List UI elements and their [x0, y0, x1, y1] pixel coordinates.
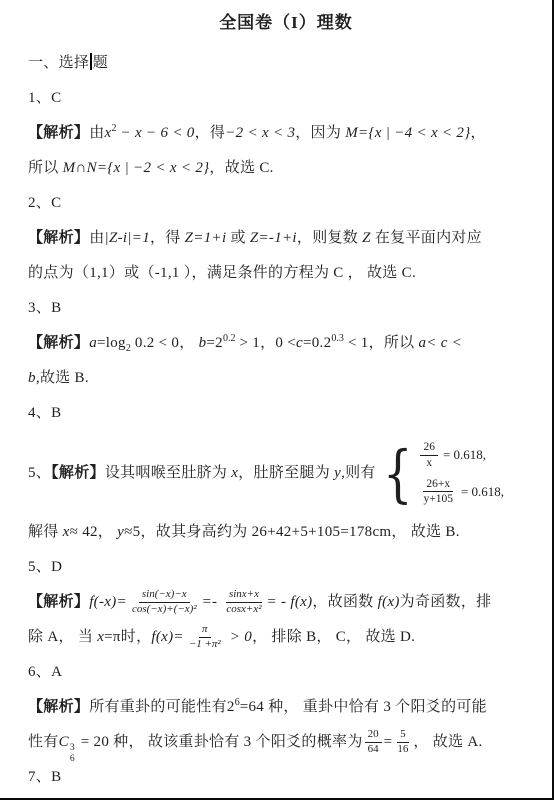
fraction: 26+xy+105 — [420, 477, 456, 507]
answer-q7: 7、B — [28, 760, 544, 795]
text-run: 除 A， 当 — [28, 629, 97, 645]
text-run: 由 — [89, 230, 104, 246]
text-run: 在复平面内对应 — [371, 230, 482, 246]
doc-title: 全国卷（I）理数 — [28, 8, 544, 46]
solution-q5a-line2: 解得 x≈ 42， y≈5，故其身高约为 26+42+5+105=178cm， … — [28, 515, 544, 550]
fraction: sin(−x)−xcos(−x)+(−x)² — [129, 588, 200, 617]
text-run: |Z-i|=1 — [105, 230, 150, 246]
equation-rhs: = 0.618, — [443, 448, 486, 462]
fraction-denominator: −1 +π² — [186, 638, 224, 652]
solution-q2-line2: 的点为（1,1）或（-1,1 ），满足条件的方程为 C ， 故选 C. — [28, 256, 544, 291]
text-run: 3、B — [28, 300, 61, 316]
text-run: =0.2 — [303, 335, 331, 351]
text-run: a — [89, 335, 97, 351]
text-run: 解得 — [28, 524, 63, 540]
text-run: 【解析】 — [51, 465, 105, 481]
text-run: 【解析】 — [28, 699, 89, 715]
solution-q3-line1: 【解析】a=log2 0.2 < 0， b=20.2 > 1，0 <c=0.20… — [28, 326, 544, 361]
text-run: 【解析】 — [28, 125, 89, 141]
text-run: =- — [202, 594, 222, 610]
text-run: 由 — [89, 125, 104, 141]
fraction-numerator: π — [199, 623, 211, 638]
fraction-numerator: 20 — [365, 728, 382, 743]
text-run: ，肚脐至腿为 — [238, 465, 334, 481]
fraction-numerator: sin(−x)−x — [139, 588, 190, 603]
text-run: =π时， — [104, 629, 151, 645]
combination-supsub: 36 — [70, 743, 75, 765]
text-run: M={x | −4 < x < 2} — [345, 125, 470, 141]
text-run: 2、C — [28, 195, 61, 211]
text-run: > 1，0 < — [235, 335, 296, 351]
text-run: 2 — [111, 123, 116, 134]
text-run: ≈ 42， — [70, 524, 118, 540]
solution-q6-line2: 性有C36 = 20 种， 故该重卦恰有 3 个阳爻的概率为2064=516， … — [28, 725, 544, 760]
text-run: 4、B — [28, 405, 61, 421]
text-run: 5、 — [28, 465, 51, 481]
text-run: < 1，所以 — [344, 335, 419, 351]
fraction-numerator: 5 — [397, 728, 409, 743]
fraction: 26x — [420, 440, 438, 470]
fraction-numerator: 26+x — [423, 477, 453, 492]
text-run: 1、C — [28, 90, 61, 106]
text-run: ， 故选 A. — [413, 734, 482, 750]
solution-q2-line1: 【解析】由|Z-i|=1，得 Z=1+i 或 Z=-1+i，则复数 Z 在复平面… — [28, 221, 544, 256]
exam-answer-document[interactable]: 全国卷（I）理数 一、选择题1、C【解析】由x2 − x − 6 < 0，得−2… — [0, 0, 554, 800]
text-run: ，故函数 — [312, 594, 377, 610]
text-run: ，因为 — [295, 125, 345, 141]
text-run: 【解析】 — [28, 594, 89, 610]
text-run: > 0 — [226, 629, 252, 645]
text-run: ,故选 B. — [36, 370, 89, 386]
fraction: π−1 +π² — [186, 623, 224, 652]
solution-q5a-line1: 5、【解析】设其咽喉至肚脐为 x，肚脐至腿为 y,则有{26x= 0.618,2… — [28, 431, 544, 515]
answer-q3: 3、B — [28, 291, 544, 326]
fraction-numerator: sinx+x — [226, 588, 262, 603]
text-run: ， — [471, 125, 486, 141]
system-row: 26x= 0.618, — [418, 440, 504, 470]
section-heading: 一、选择题 — [28, 46, 544, 81]
fraction-denominator: 16 — [394, 743, 411, 757]
text-run: 0.3 — [331, 333, 344, 344]
left-brace: { — [383, 446, 413, 502]
solution-q3-line2: b,故选 B. — [28, 361, 544, 396]
text-run: = 20 种， 故该重卦恰有 3 个阳爻的概率为 — [77, 734, 363, 750]
text-run: − x − 6 < 0 — [116, 125, 194, 141]
text-run: ，故选 C. — [209, 160, 273, 176]
text-run: x — [63, 524, 70, 540]
text-run: c — [296, 335, 303, 351]
answer-q6: 6、A — [28, 655, 544, 690]
text-run: a< c < — [419, 335, 463, 351]
fraction-denominator: cos(−x)+(−x)² — [129, 603, 200, 617]
document-body: 一、选择题1、C【解析】由x2 − x − 6 < 0，得−2 < x < 3，… — [28, 46, 544, 795]
fraction-denominator: x — [423, 456, 435, 470]
text-run: 【解析】 — [28, 335, 89, 351]
subscript: 6 — [70, 754, 75, 765]
fraction: 2064 — [365, 728, 382, 757]
text-run: 或 — [226, 230, 249, 246]
system-row: 26+xy+105= 0.618, — [418, 477, 504, 507]
superscript: 3 — [70, 743, 75, 754]
text-run: 题 — [93, 55, 108, 71]
text-run: 0.2 — [223, 333, 236, 344]
text-run: ≈5，故其身高约为 26+42+5+105=178cm， 故选 B. — [124, 524, 460, 540]
text-run: 性有 — [28, 734, 59, 750]
text-run: = — [384, 734, 393, 750]
text-run: =64 种， 重卦中恰有 3 个阳爻的可能 — [240, 699, 487, 715]
text-run: 所有重卦的可能性有2 — [89, 699, 235, 715]
text-run: f(-x)= — [89, 594, 127, 610]
text-run: ，则复数 — [297, 230, 362, 246]
text-run: ， 排除 B， C， 故选 D. — [252, 629, 415, 645]
solution-q5b-line1: 【解析】f(-x)=sin(−x)−xcos(−x)+(−x)²=- sinx+… — [28, 585, 544, 620]
text-run: =log — [97, 335, 126, 351]
text-run: 5、D — [28, 559, 62, 575]
text-run: 2 — [126, 343, 131, 354]
text-run: ，得 — [150, 230, 185, 246]
text-cursor — [90, 53, 92, 70]
fraction-denominator: 64 — [365, 743, 382, 757]
text-run: ,则有 — [341, 465, 376, 481]
text-run: Z — [362, 230, 371, 246]
text-run: 0.2 < 0， — [131, 335, 199, 351]
text-run: ，得 — [195, 125, 226, 141]
text-run: M∩N={x | −2 < x < 2} — [63, 160, 210, 176]
text-run: f(x)= — [151, 629, 183, 645]
fraction-numerator: 26 — [420, 440, 438, 455]
solution-q1-line1: 【解析】由x2 − x − 6 < 0，得−2 < x < 3，因为 M={x … — [28, 116, 544, 151]
answer-q2: 2、C — [28, 186, 544, 221]
fraction-denominator: cosx+x² — [223, 603, 264, 617]
text-run: 的点为（1,1）或（-1,1 ），满足条件的方程为 C ， 故选 C. — [28, 265, 416, 281]
text-run: = - f(x) — [267, 594, 313, 610]
fraction: 516 — [394, 728, 411, 757]
solution-q1-line2: 所以 M∩N={x | −2 < x < 2}，故选 C. — [28, 151, 544, 186]
text-run: 一、选择 — [28, 55, 89, 71]
answer-q1: 1、C — [28, 81, 544, 116]
text-run: =2 — [206, 335, 223, 351]
text-run: C — [59, 734, 69, 750]
text-run: 所以 — [28, 160, 63, 176]
equation-rhs: = 0.618, — [461, 485, 504, 499]
text-run: 7、B — [28, 769, 61, 785]
system-rows: 26x= 0.618,26+xy+105= 0.618, — [418, 440, 504, 507]
text-run: −2 < x < 3 — [225, 125, 295, 141]
answer-q4: 4、B — [28, 396, 544, 431]
solution-q6-line1: 【解析】所有重卦的可能性有26=64 种， 重卦中恰有 3 个阳爻的可能 — [28, 690, 544, 725]
text-run: 6、A — [28, 664, 62, 680]
equation-system: {26x= 0.618,26+xy+105= 0.618, — [378, 440, 504, 507]
text-run: Z=-1+i — [250, 230, 297, 246]
solution-q5b-line2: 除 A， 当 x=π时，f(x)=π−1 +π² > 0， 排除 B， C， 故… — [28, 620, 544, 655]
answer-q5: 5、D — [28, 550, 544, 585]
text-run: 设其咽喉至肚脐为 — [105, 465, 231, 481]
text-run: 6 — [235, 697, 240, 708]
text-run: b — [28, 370, 36, 386]
text-run: 【解析】 — [28, 230, 89, 246]
fraction: sinx+xcosx+x² — [223, 588, 264, 617]
text-run: f(x) — [378, 594, 400, 610]
fraction-denominator: y+105 — [420, 492, 456, 506]
text-run: Z=1+i — [185, 230, 227, 246]
text-run: 为奇函数，排 — [400, 594, 492, 610]
